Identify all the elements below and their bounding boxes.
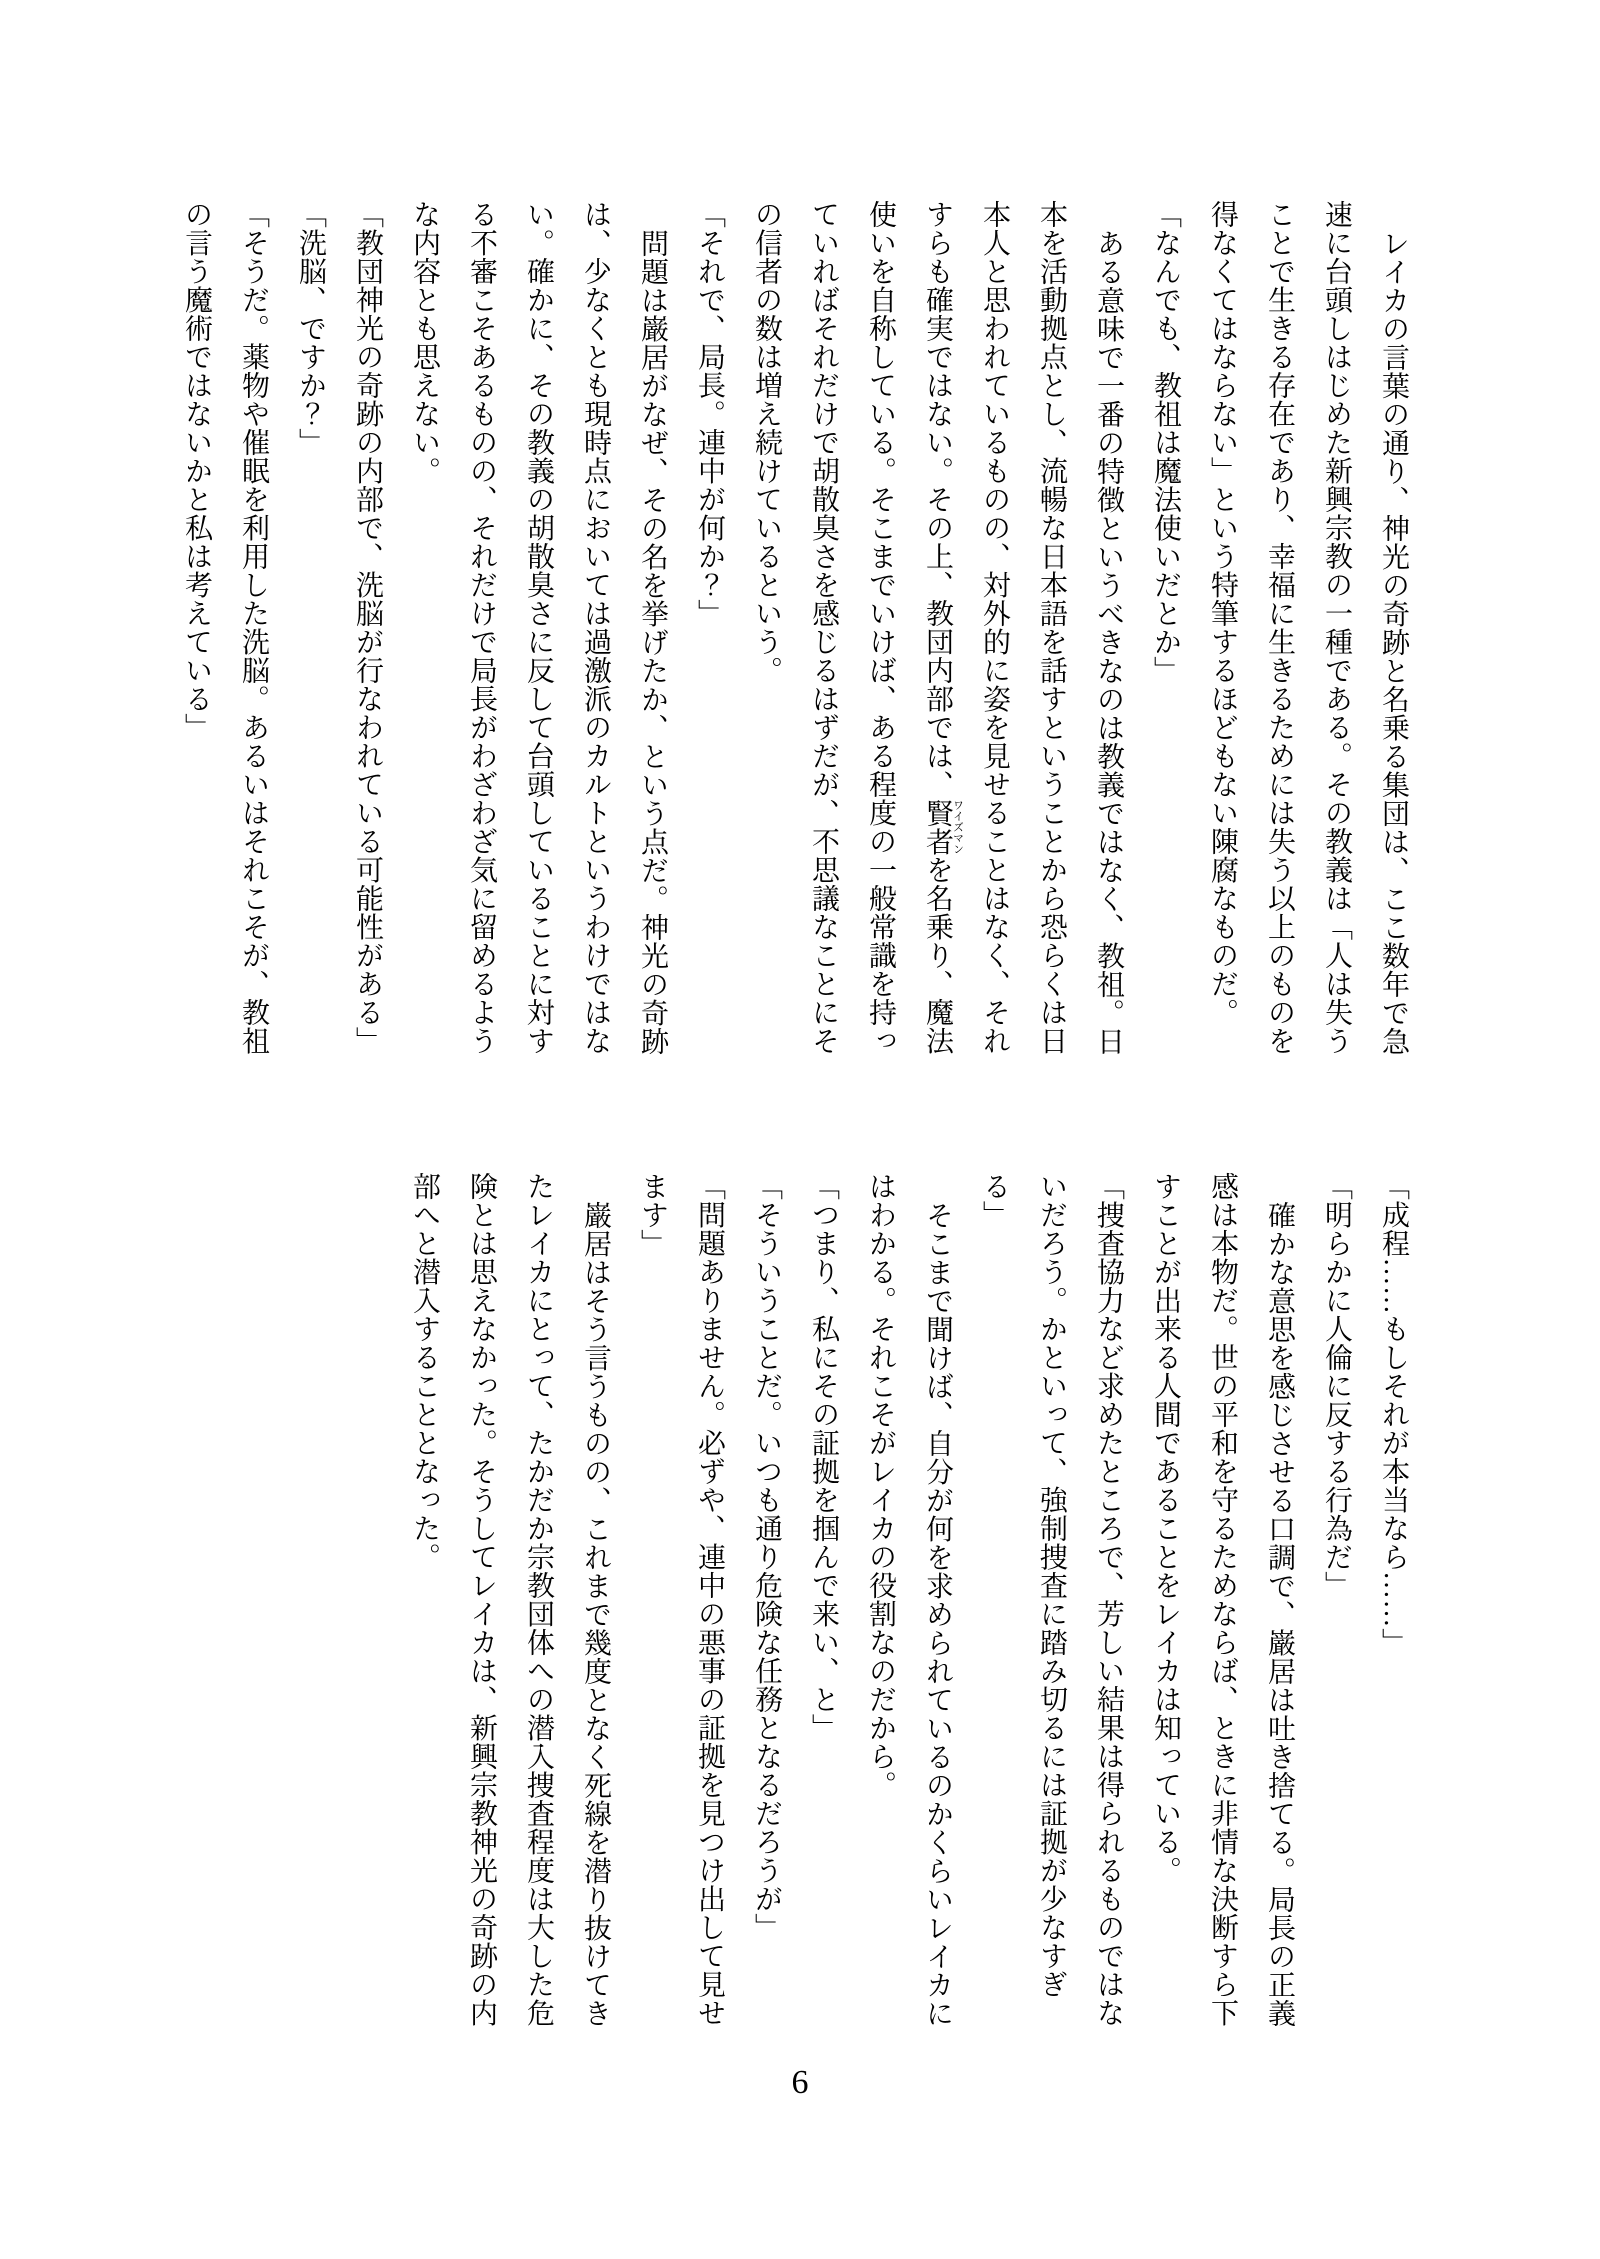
text-line: いだろう。かといって、強制捜査に踏み切るには証拠が少なすぎ — [1023, 1172, 1080, 2024]
text-line: 本人と思われているものの、対外的に姿を見せることはなく、それ — [966, 200, 1023, 1052]
text-line: 「つまり、私にその証拠を掴んで来い、と」 — [795, 1172, 852, 2024]
page-number: 6 — [0, 2064, 1600, 2102]
bottom-text-block: 「成程……もしそれが本当なら……」「明らかに人倫に反する行為だ」確かな意思を感じ… — [396, 1172, 1422, 2024]
text-line: レイカの言葉の通り、神光の奇跡と名乗る集団は、ここ数年で急 — [1365, 200, 1422, 1052]
text-line: 「捜査協力など求めたところで、芳しい結果は得られるものではな — [1080, 1172, 1137, 2024]
text-line: 「なんでも、教祖は魔法使いだとか」 — [1137, 200, 1194, 1052]
text-line: ことで生きる存在であり、幸福に生きるためには失う以上のものを — [1251, 200, 1308, 1052]
text-line: ていればそれだけで胡散臭さを感じるはずだが、不思議なことにそ — [795, 200, 852, 1052]
novel-page: レイカの言葉の通り、神光の奇跡と名乗る集団は、ここ数年で急速に台頭しはじめた新興… — [0, 0, 1600, 2259]
text-line: 「そういうことだ。いつも通り危険な任務となるだろうが」 — [738, 1172, 795, 2024]
text-line: な内容とも思えない。 — [396, 200, 453, 1052]
text-line: 使いを自称している。そこまでいけば、ある程度の一般常識を持っ — [852, 200, 909, 1052]
text-line: 感は本物だ。世の平和を守るためならば、ときに非情な決断すら下 — [1194, 1172, 1251, 2024]
text-line: の言う魔術ではないかと私は考えている」 — [168, 200, 225, 1052]
text-line: 本を活動拠点とし、流暢な日本語を話すということから恐らくは日 — [1023, 200, 1080, 1052]
text-line: すらも確実ではない。その上、教団内部では、賢者ワイズマンを名乗り、魔法 — [909, 200, 966, 1052]
text-line: 「明らかに人倫に反する行為だ」 — [1308, 1172, 1365, 2024]
text-line: たレイカにとって、たかだか宗教団体への潜入捜査程度は大した危 — [510, 1172, 567, 2024]
text-line: ます」 — [624, 1172, 681, 2024]
text-line: 険とは思えなかった。そうしてレイカは、新興宗教神光の奇跡の内 — [453, 1172, 510, 2024]
text-line: 「そうだ。薬物や催眠を利用した洗脳。あるいはそれこそが、教祖 — [225, 200, 282, 1052]
text-line: 巌居はそう言うものの、これまで幾度となく死線を潜り抜けてき — [567, 1172, 624, 2024]
text-line: 部へと潜入することとなった。 — [396, 1172, 453, 2024]
top-text-block: レイカの言葉の通り、神光の奇跡と名乗る集団は、ここ数年で急速に台頭しはじめた新興… — [168, 200, 1422, 1052]
text-line: の信者の数は増え続けているという。 — [738, 200, 795, 1052]
text-line: 「成程……もしそれが本当なら……」 — [1365, 1172, 1422, 2024]
text-line: い。確かに、その教義の胡散臭さに反して台頭していることに対す — [510, 200, 567, 1052]
text-line: 「それで、局長。連中が何か？」 — [681, 200, 738, 1052]
text-line: そこまで聞けば、自分が何を求められているのかくらいレイカに — [909, 1172, 966, 2024]
text-line: はわかる。それこそがレイカの役割なのだから。 — [852, 1172, 909, 2024]
text-line: る不審こそあるものの、それだけで局長がわざわざ気に留めるよう — [453, 200, 510, 1052]
text-line: 「洗脳、ですか？」 — [282, 200, 339, 1052]
text-line: 問題は巌居がなぜ、その名を挙げたか、という点だ。神光の奇跡 — [624, 200, 681, 1052]
text-line: 得なくてはならない」という特筆するほどもない陳腐なものだ。 — [1194, 200, 1251, 1052]
ruby-annotation: 賢者ワイズマン — [922, 799, 953, 856]
text-line: すことが出来る人間であることをレイカは知っている。 — [1137, 1172, 1194, 2024]
text-line: 確かな意思を感じさせる口調で、巌居は吐き捨てる。局長の正義 — [1251, 1172, 1308, 2024]
text-line: る」 — [966, 1172, 1023, 2024]
text-line: ある意味で一番の特徴というべきなのは教義ではなく、教祖。日 — [1080, 200, 1137, 1052]
text-line: は、少なくとも現時点においては過激派のカルトというわけではな — [567, 200, 624, 1052]
text-line: 「問題ありません。必ずや、連中の悪事の証拠を見つけ出して見せ — [681, 1172, 738, 2024]
text-line: 速に台頭しはじめた新興宗教の一種である。その教義は「人は失う — [1308, 200, 1365, 1052]
text-line: 「教団神光の奇跡の内部で、洗脳が行なわれている可能性がある」 — [339, 200, 396, 1052]
